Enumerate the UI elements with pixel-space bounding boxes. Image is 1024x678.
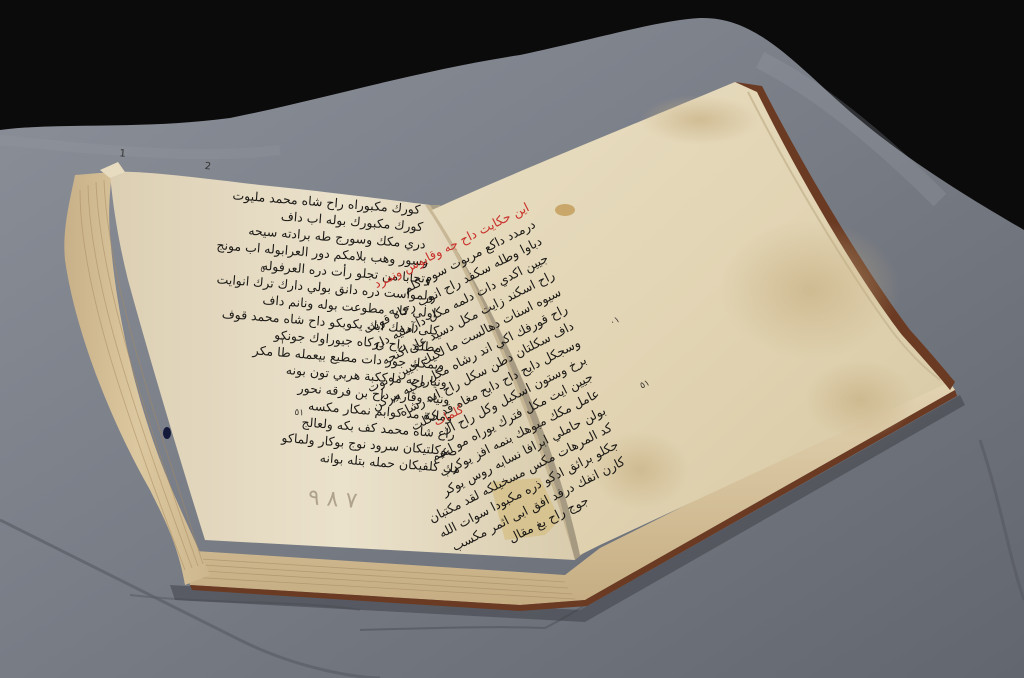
page-number: 2: [204, 161, 211, 172]
margin-numeral: ١٠: [275, 336, 285, 347]
ink-blot: [163, 427, 171, 439]
hole-patch: [555, 204, 575, 216]
water-stain: [720, 220, 900, 360]
page-number: 1: [119, 148, 126, 159]
pencil-marks: ٧ ٨ ٩: [307, 485, 358, 514]
margin-numeral: ٥: [260, 265, 266, 275]
margin-numeral: ١٥: [294, 408, 304, 419]
water-stain: [805, 360, 915, 440]
water-stain: [640, 95, 760, 145]
photo-canvas: 2 1 كورك مكبوراه راح شاه محمد مليوت كورك…: [0, 0, 1024, 678]
photo-scene: 2 1 كورك مكبوراه راح شاه محمد مليوت كورك…: [0, 0, 1024, 678]
